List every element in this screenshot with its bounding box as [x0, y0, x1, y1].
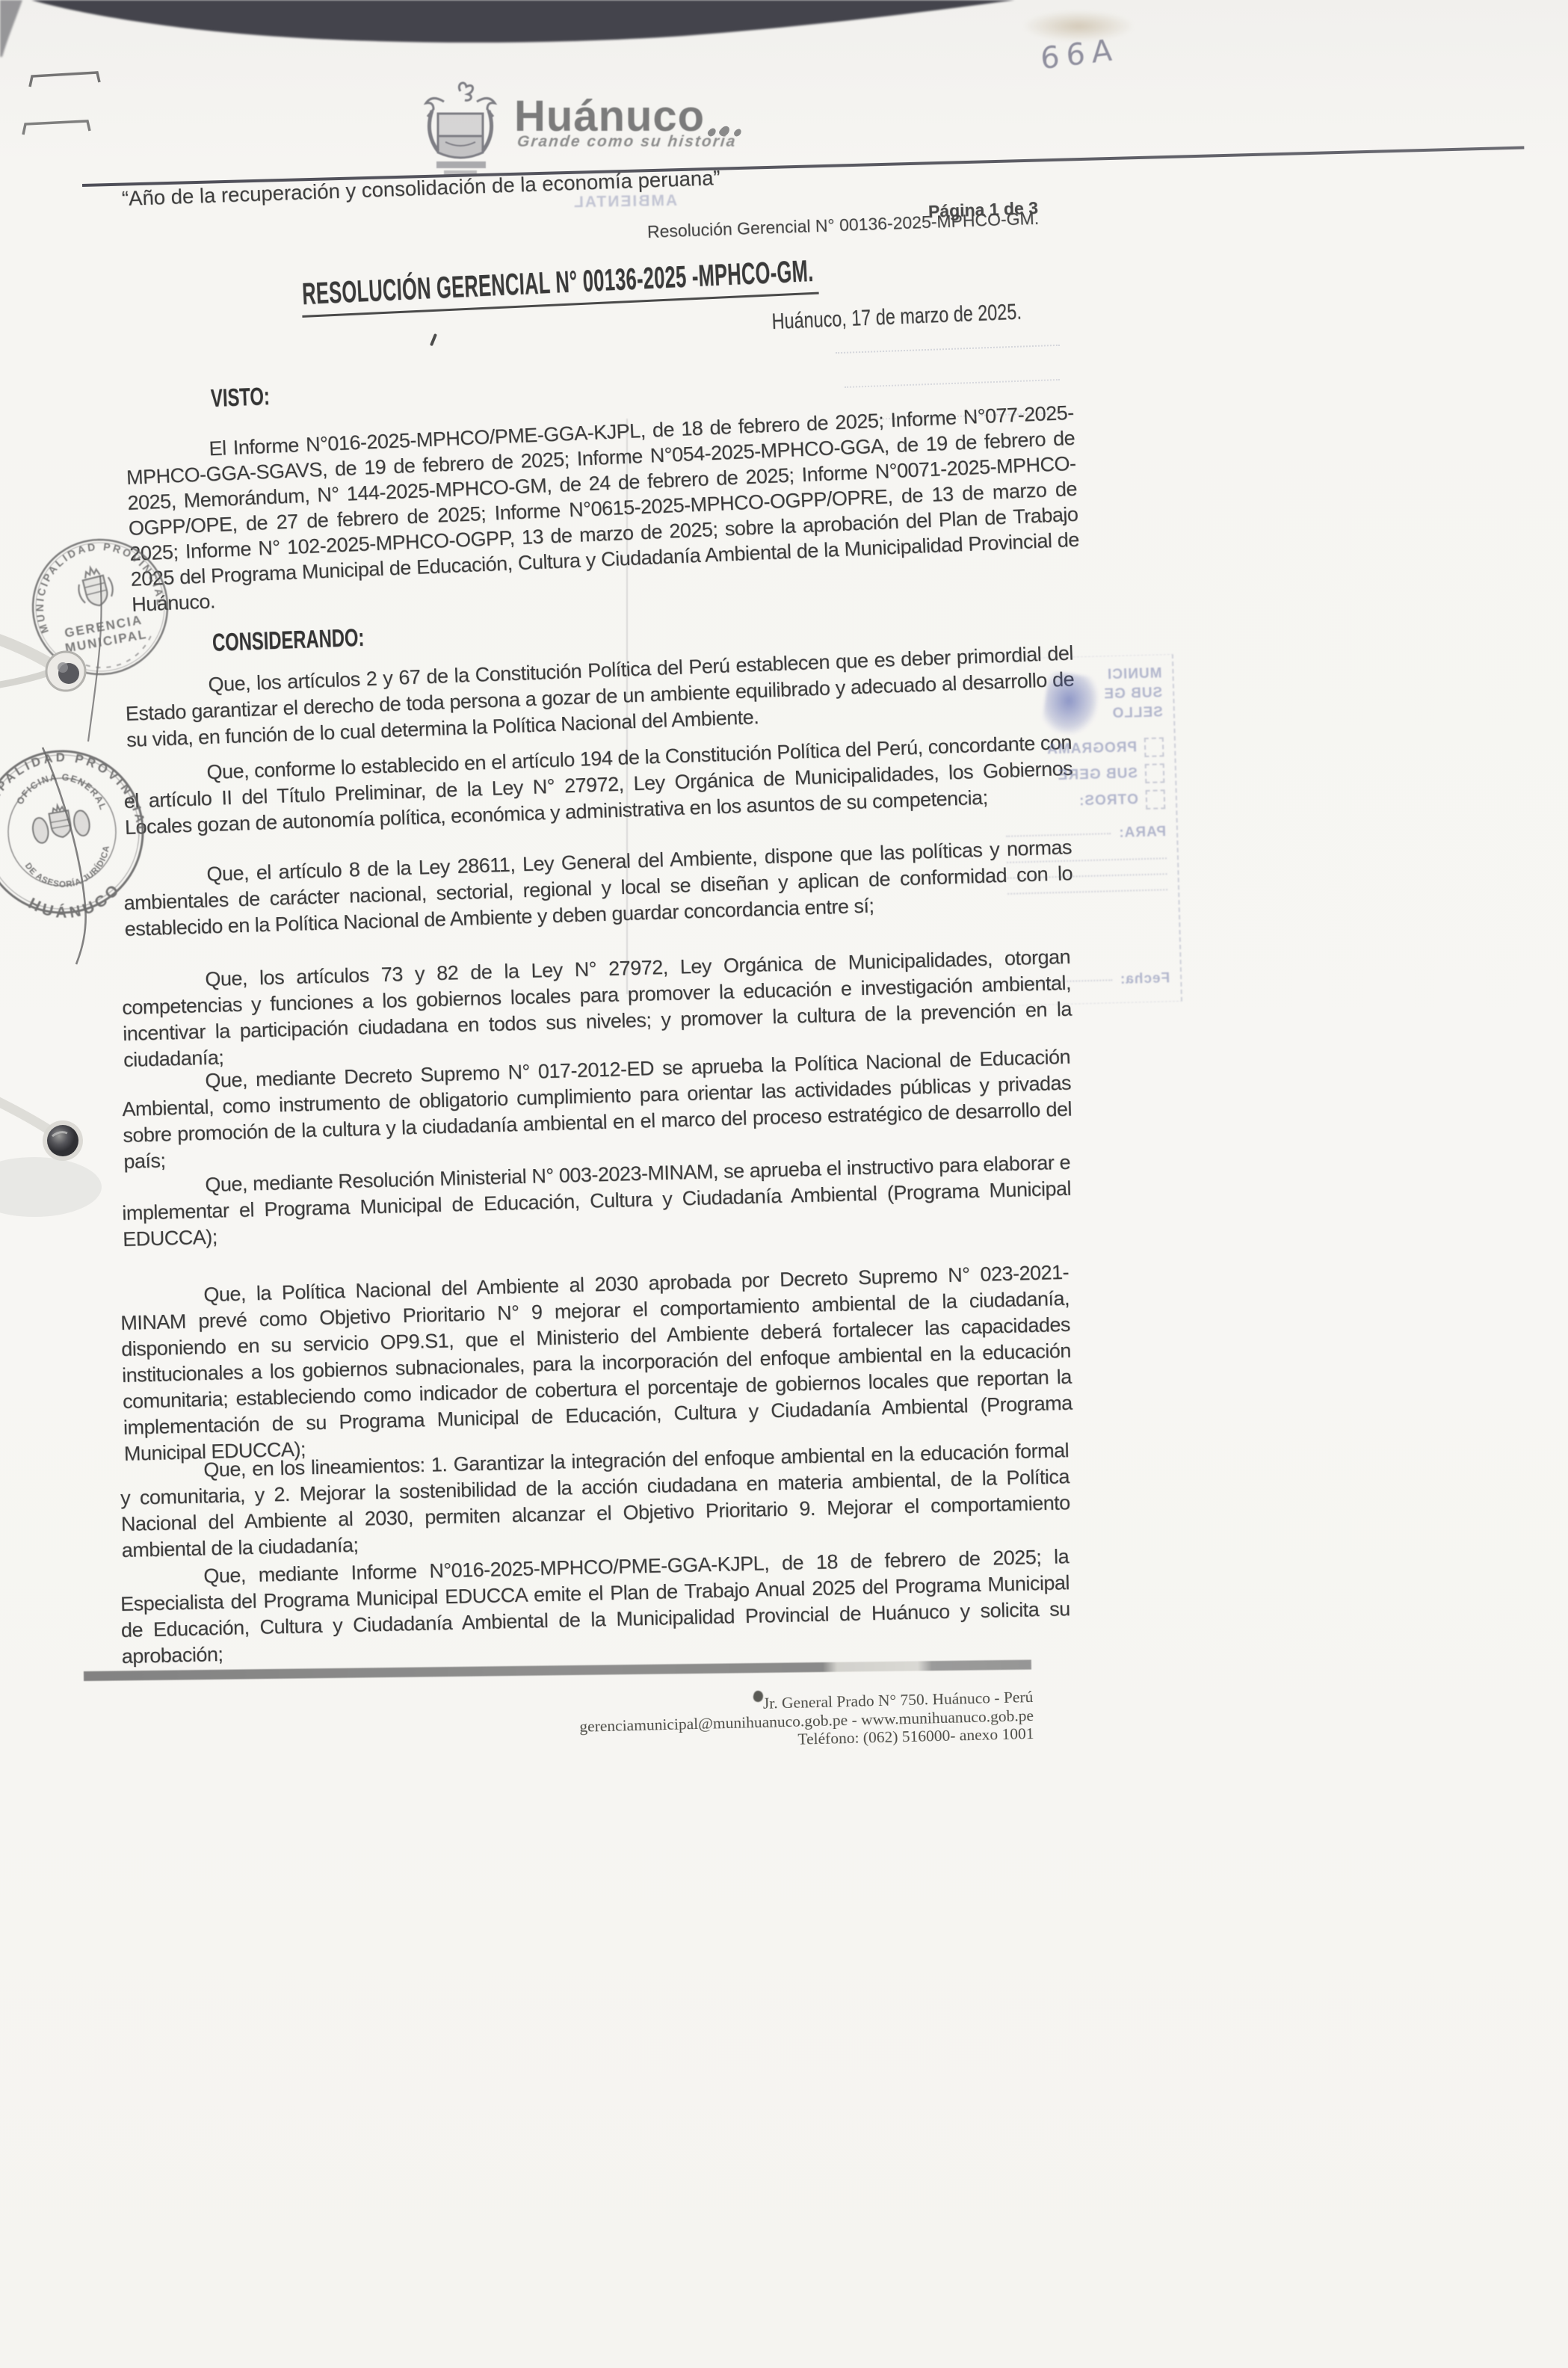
bleedthrough-word: AMBIENTAL	[572, 192, 677, 212]
municipal-crest-icon	[416, 78, 505, 182]
scan-edge-band	[0, 0, 1121, 67]
considerando-label: CONSIDERANDO:	[212, 621, 423, 657]
stamp-asesoria-juridica: MUNICIPALIDAD PROVINCIAL OFICINA GENERAL…	[0, 724, 170, 940]
scanned-resolution-page: AMBIENTAL Huánuco Grande como su histori…	[0, 0, 1568, 2368]
brad-fastener-icon	[43, 1120, 83, 1161]
ribbon-icon	[0, 1100, 49, 1130]
paragraph: Que, la Política Nacional del Ambiente a…	[120, 1259, 1073, 1467]
resolution-reference: Resolución Gerencial N° 00136-2025-MPHCO…	[647, 209, 1040, 242]
bleedthrough-dotted-line	[836, 345, 1060, 354]
paragraph: Que, mediante Informe N°016-2025-MPHCO/P…	[120, 1544, 1071, 1670]
paragraph: Que, el artículo 8 de la Ley 28611, Ley …	[123, 834, 1074, 943]
footer-block: Jr. General Prado N° 750. Huánuco - Perú…	[516, 1688, 1034, 1755]
visto-paragraph: El Informe N°016-2025-MPHCO/PME-GGA-KJPL…	[125, 400, 1081, 617]
svg-text:DE ASESORÍA JURÍDICA: DE ASESORÍA JURÍDICA	[22, 843, 117, 896]
bleedthrough-dotted-line	[845, 379, 1060, 388]
staple-icon	[30, 73, 99, 87]
pen-tick	[430, 333, 437, 346]
dateline: Huánuco, 17 de marzo de 2025.	[771, 297, 1093, 335]
paragraph: Que, en los lineamientos: 1. Garantizar …	[120, 1437, 1071, 1564]
logo-tagline: Grande como su historia	[516, 133, 738, 151]
bleedthrough-crest-blob	[1041, 671, 1101, 738]
visto-label: VISTO:	[210, 381, 293, 413]
staple-icon	[23, 121, 90, 135]
